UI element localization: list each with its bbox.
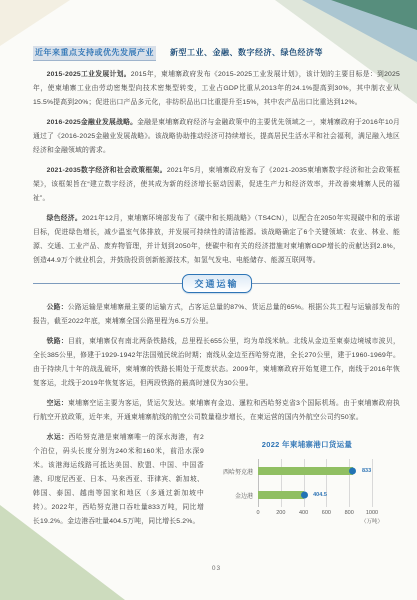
- chart-category-label: 金边港: [214, 483, 258, 507]
- chart-gridline: [372, 459, 373, 507]
- chart-tick-label: 600: [322, 510, 331, 516]
- transport-section-divider: 交通运输: [33, 274, 400, 293]
- para-green-economy-text: 2021年12月，柬埔寨环境部发布了《碳中和长期战略》（TS4CN），以配合在2…: [33, 215, 400, 264]
- chart-bar-marker-icon: [301, 492, 308, 499]
- chart-bar: [258, 491, 304, 499]
- chart-title: 2022 年柬埔寨港口货运量: [214, 439, 400, 450]
- chart-value-label: 404.5: [313, 492, 327, 498]
- page-content: 近年来重点支持或优先发展产业 新型工业、金融、数字经济、绿色经济等 2015-2…: [33, 46, 400, 529]
- para-air-lead: 空运：: [47, 400, 68, 407]
- chart-area: 2022 年柬埔寨港口货运量 西哈努克港金边港 833404.5 0200400…: [212, 431, 400, 529]
- para-digital-policy-lead: 2021-2035数字经济和社会政策框架。: [47, 167, 167, 174]
- top-left-corner-decoration-icon: [0, 0, 80, 50]
- chart-tick-label: 400: [299, 510, 308, 516]
- chart-plot: 833404.5: [258, 459, 372, 507]
- transport-section-badge: 交通运输: [182, 274, 252, 293]
- chart-body: 西哈努克港金边港 833404.5: [214, 459, 400, 507]
- para-industrial-plan-lead: 2015-2025工业发展计划。: [47, 71, 131, 78]
- chart-bar-marker-icon: [349, 468, 356, 475]
- chart-category-labels: 西哈努克港金边港: [214, 459, 258, 507]
- para-road-text: 公路运输是柬埔寨最主要的运输方式，占客运总量的87%、货运总量的65%。根据公共…: [33, 304, 400, 325]
- para-water: 水运：西哈努克港是柬埔寨唯一的深水海港，有2个泊位，码头长度分别为240米和16…: [33, 431, 204, 529]
- para-green-economy: 绿色经济。2021年12月，柬埔寨环境部发布了《碳中和长期战略》（TS4CN），…: [33, 212, 400, 268]
- para-rail-lead: 铁路：: [47, 338, 68, 345]
- chart-bar-row: 404.5: [258, 483, 372, 507]
- para-road: 公路：公路运输是柬埔寨最主要的运输方式，占客运总量的87%、货运总量的65%。根…: [33, 301, 400, 329]
- priority-industries-heading: 近年来重点支持或优先发展产业 新型工业、金融、数字经济、绿色经济等: [33, 46, 400, 61]
- chart-value-label: 833: [362, 468, 371, 474]
- water-transport-row: 水运：西哈努克港是柬埔寨唯一的深水海港，有2个泊位，码头长度分别为240米和16…: [33, 431, 400, 529]
- para-road-lead: 公路：: [47, 304, 68, 311]
- chart-bar-row: 833: [258, 459, 372, 483]
- para-water-lead: 水运：: [47, 434, 69, 441]
- port-cargo-chart: 2022 年柬埔寨港口货运量 西哈努克港金边港 833404.5 0200400…: [214, 439, 400, 525]
- para-finance-strategy-lead: 2016-2025金融业发展战略。: [47, 119, 138, 126]
- para-rail-text: 目前，柬埔寨仅有南北两条铁路线，总里程长655公里，均为单线米轨。北线从金边至柬…: [33, 338, 400, 387]
- divider-line-left: [33, 283, 182, 284]
- chart-bar: [258, 467, 353, 475]
- para-industrial-plan: 2015-2025工业发展计划。2015年，柬埔寨政府发布《2015-2025工…: [33, 68, 400, 110]
- chart-tick-label: 1000: [366, 510, 378, 516]
- heading-industries-list: 新型工业、金融、数字经济、绿色经济等: [170, 47, 323, 58]
- para-rail: 铁路：目前，柬埔寨仅有南北两条铁路线，总里程长655公里，均为单线米轨。北线从金…: [33, 335, 400, 391]
- divider-line-right: [252, 283, 401, 284]
- para-air: 空运：柬埔寨空运主要为客运，货运欠发达。柬埔寨有金边、暹粒和西哈努克省3个国际机…: [33, 397, 400, 425]
- para-finance-strategy: 2016-2025金融业发展战略。金融是柬埔寨政府经济与金融政策中的主要优先领域…: [33, 116, 400, 158]
- para-green-economy-lead: 绿色经济。: [47, 215, 82, 222]
- page-number: 03: [33, 565, 400, 572]
- chart-tick-label: 200: [276, 510, 285, 516]
- document-page: 近年来重点支持或优先发展产业 新型工业、金融、数字经济、绿色经济等 2015-2…: [0, 0, 417, 600]
- heading-highlight-label: 近年来重点支持或优先发展产业: [33, 46, 156, 61]
- para-digital-policy: 2021-2035数字经济和社会政策框架。2021年5月，柬埔寨政府发布了《20…: [33, 164, 400, 206]
- chart-category-label: 西哈努克港: [214, 459, 258, 483]
- chart-x-axis: 02004006008001000（万吨）: [258, 507, 372, 525]
- chart-tick-label: 800: [345, 510, 354, 516]
- chart-tick-label: 0: [256, 510, 259, 516]
- para-water-text: 西哈努克港是柬埔寨唯一的深水海港，有2个泊位，码头长度分别为240米和160米，…: [33, 434, 204, 525]
- chart-axis-unit: （万吨）: [361, 517, 383, 525]
- para-air-text: 柬埔寨空运主要为客运，货运欠发达。柬埔寨有金边、暹粒和西哈努克省3个国际机场。由…: [33, 400, 400, 421]
